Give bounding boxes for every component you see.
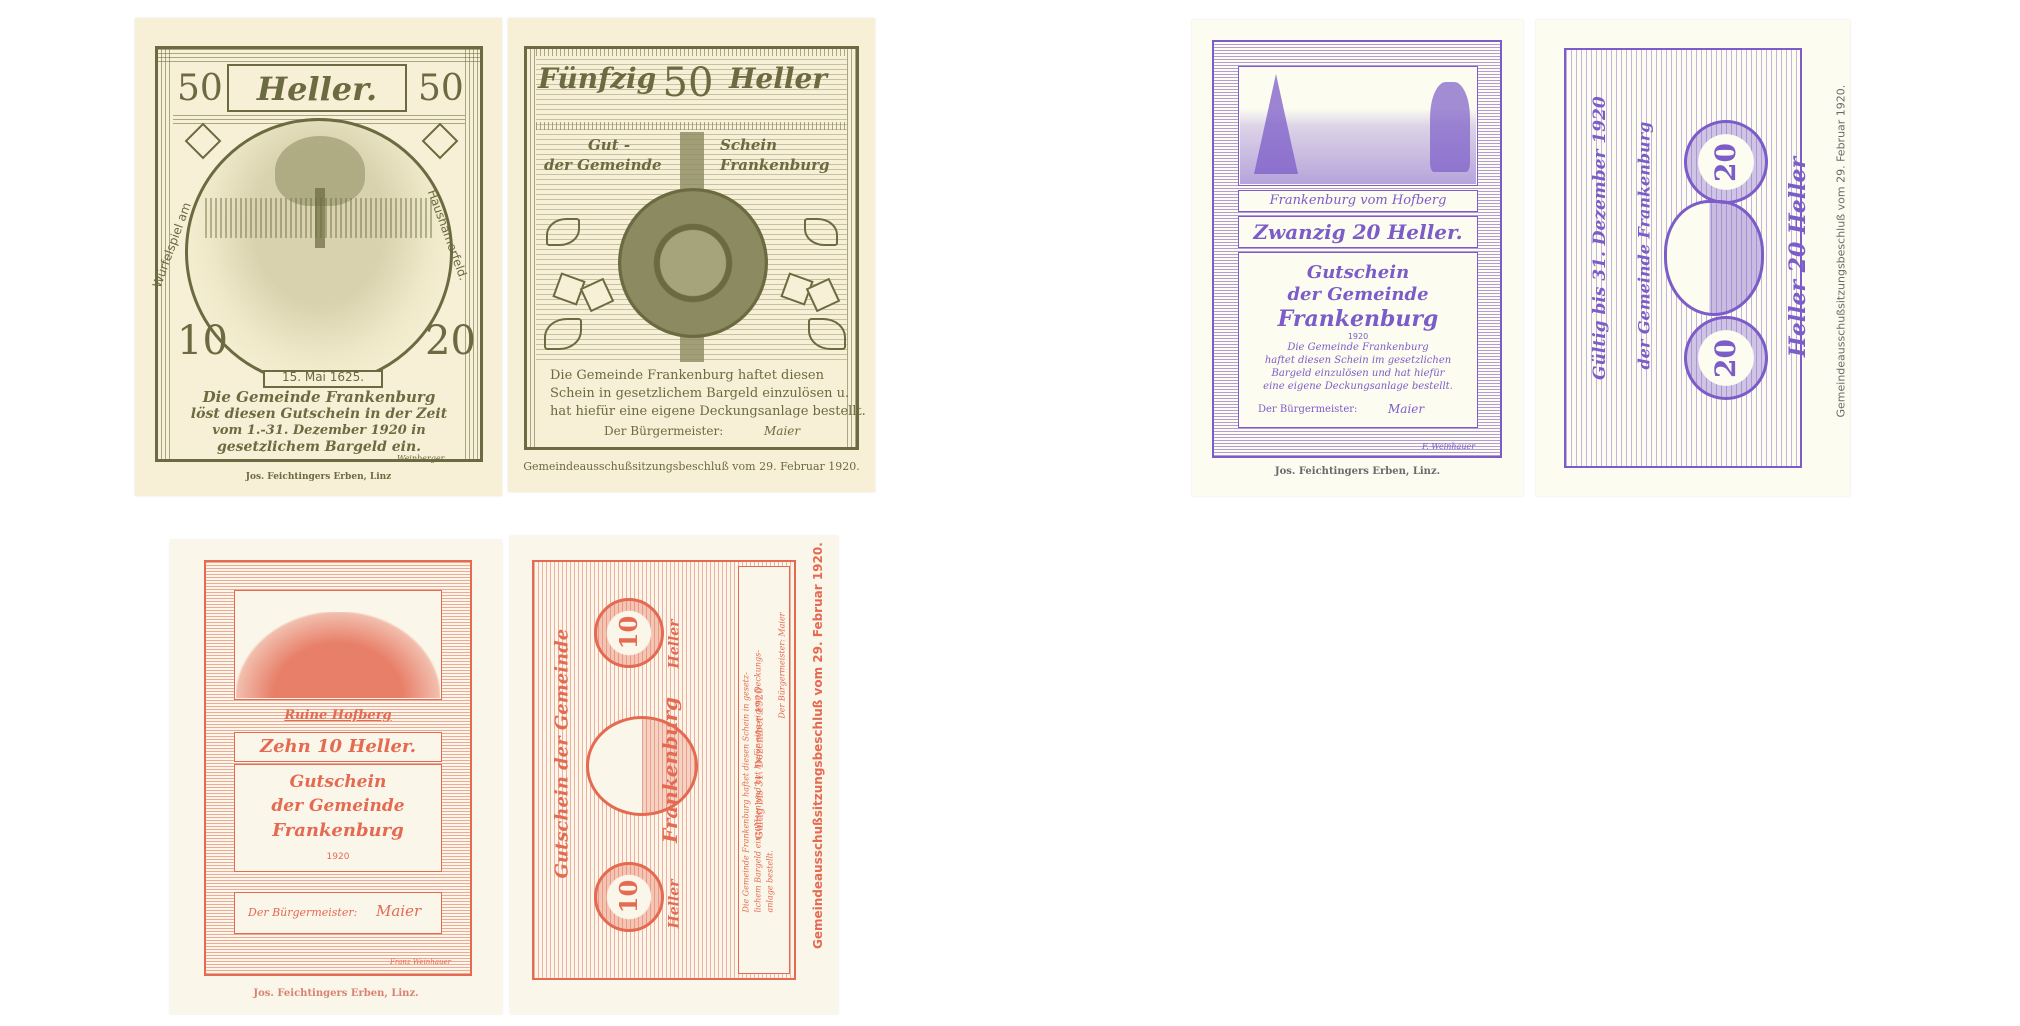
coat-of-arms — [1664, 200, 1764, 316]
heading-word: Fünfzig — [538, 62, 648, 95]
seal-text-right-1: Schein — [720, 136, 777, 154]
text-line: Die Gemeinde Frankenburg — [1238, 342, 1478, 353]
title-line: Gutschein — [234, 772, 442, 792]
text-line: anlage bestellt. — [766, 613, 775, 913]
heading-heller: Heller. — [227, 70, 407, 108]
text-line: eine eigene Deckungsanlage bestellt. — [1238, 381, 1478, 392]
artist-signature: Weinberger — [397, 454, 444, 463]
mayor-signature: Maier — [1388, 402, 1424, 416]
seal-text-left-1: Gut - — [588, 136, 630, 154]
valid-until: Gültig bis 31. Dezember 1920 — [1590, 120, 1610, 380]
wax-seal — [618, 188, 768, 338]
tree-icon — [1254, 74, 1298, 174]
banknote-purple-back: Gültig bis 31. Dezember 1920 der Gemeind… — [1536, 20, 1850, 496]
artist-signature: F. Weinhauer — [1422, 442, 1475, 451]
banknote-olive-front: 50 Heller. 50 Würfelspiel am Haushamerfe… — [135, 18, 502, 496]
mayor-label: Der Bürgermeister: — [1258, 404, 1357, 415]
text-line: Der Bürgermeister: Maier — [778, 613, 787, 913]
value-line: Zehn 10 Heller. — [234, 736, 442, 757]
value-line: Zwanzig 20 Heller. — [1238, 220, 1478, 244]
resolution-footer: Gemeindeausschußsitzungsbeschluß vom 29.… — [1835, 88, 1848, 418]
heading-value: 50 — [658, 60, 718, 106]
text-line: Die Gemeinde Frankenburg haftet diesen — [538, 368, 861, 383]
coin-bottom-value: 20 — [1709, 339, 1742, 378]
text-line: haftet diesen Schein im gesetzlichen — [1238, 355, 1478, 366]
text-line: lichem Bargeld einzulösen und hat hiefür… — [754, 613, 763, 913]
banknote-purple-front: Frankenburg vom Hofberg Zwanzig 20 Helle… — [1192, 20, 1523, 496]
text-line: hat hiefür eine eigene Deckungsanlage be… — [538, 404, 861, 419]
coat-of-arms — [586, 716, 698, 816]
banknote-olive-back: Fünfzig 50 Heller Gut - der Gemeinde Sch… — [508, 18, 875, 492]
gutschein-line: Gutschein der Gemeinde — [552, 659, 573, 879]
denomination-bottom-left: 10 — [177, 318, 228, 364]
title-line: Frankenburg — [234, 820, 442, 841]
crowd-illustration — [205, 198, 435, 238]
printer-imprint: Jos. Feichtingers Erben, Linz. — [1192, 466, 1523, 477]
scene-date: 15. Mai 1625. — [263, 370, 383, 384]
text-line: Die Gemeinde Frankenburg — [173, 388, 465, 406]
resolution-footer: Gemeindeausschußsitzungsbeschluß vom 29.… — [508, 460, 875, 473]
title-line: Frankenburg — [1238, 306, 1478, 332]
heading-unit: Heller — [723, 62, 833, 95]
tree-icon — [1430, 82, 1470, 172]
printer-imprint: Jos. Feichtingers Erben, Linz. — [170, 988, 502, 999]
heading-divider — [536, 122, 847, 130]
value-line: Heller 20 Heller — [1785, 147, 1811, 367]
coin-top-value: 10 — [614, 616, 643, 649]
seal-text-left-2: der Gemeinde — [544, 156, 662, 174]
denomination-top-left: 50 — [177, 68, 223, 109]
mayor-label: Der Bürgermeister: — [248, 906, 357, 919]
text-line: Schein in gesetzlichem Bargeld einzulöse… — [538, 386, 861, 401]
border-hatching-left — [526, 48, 536, 448]
denomination-top-right: 50 — [418, 68, 464, 109]
banknote-red-front: Ruine Hofberg Zehn 10 Heller. Gutschein … — [170, 540, 502, 1014]
artist-signature: Franz Weinhauer — [390, 958, 451, 966]
seal-text-right-2: Frankenburg — [720, 156, 830, 174]
scene-caption: Frankenburg vom Hofberg — [1238, 193, 1478, 208]
border-hatching-top — [536, 48, 847, 56]
coin-top-value: 20 — [1709, 143, 1742, 182]
title-line: der Gemeinde — [234, 796, 442, 816]
heller-bottom: Heller — [667, 879, 683, 928]
braid-border-right — [465, 48, 481, 460]
banknote-red-back: Gutschein der Gemeinde Frankenburg 10 10… — [510, 536, 838, 1014]
ruin-illustration — [236, 612, 440, 698]
coin-bottom-value: 10 — [614, 880, 643, 913]
heller-top: Heller — [667, 619, 683, 668]
denomination-bottom-right: 20 — [425, 318, 476, 364]
title-line: Gutschein — [1238, 262, 1478, 283]
text-line: vom 1.-31. Dezember 1920 in — [173, 423, 465, 438]
year: 1920 — [234, 852, 442, 862]
mayor-label: Der Bürgermeister: — [604, 424, 723, 438]
issuer-line: der Gemeinde Frankenburg — [1635, 130, 1654, 370]
text-line: löst diesen Gutschein in der Zeit — [173, 406, 465, 422]
text-line: Die Gemeinde Frankenburg haftet diesen S… — [742, 613, 751, 913]
resolution-footer: Gemeindeausschußsitzungsbeschluß vom 29.… — [811, 589, 825, 949]
mayor-signature: Maier — [376, 902, 421, 920]
mayor-signature: Maier — [764, 424, 800, 438]
year: 1920 — [1238, 332, 1478, 341]
braid-border-top — [157, 48, 481, 62]
text-line: gesetzlichem Bargeld ein. — [173, 439, 465, 455]
scene-caption: Ruine Hofberg — [234, 708, 442, 723]
title-line: der Gemeinde — [1238, 284, 1478, 305]
text-line: Bargeld einzulösen und hat hiefür — [1238, 368, 1478, 379]
printer-imprint: Jos. Feichtingers Erben, Linz — [135, 472, 502, 482]
